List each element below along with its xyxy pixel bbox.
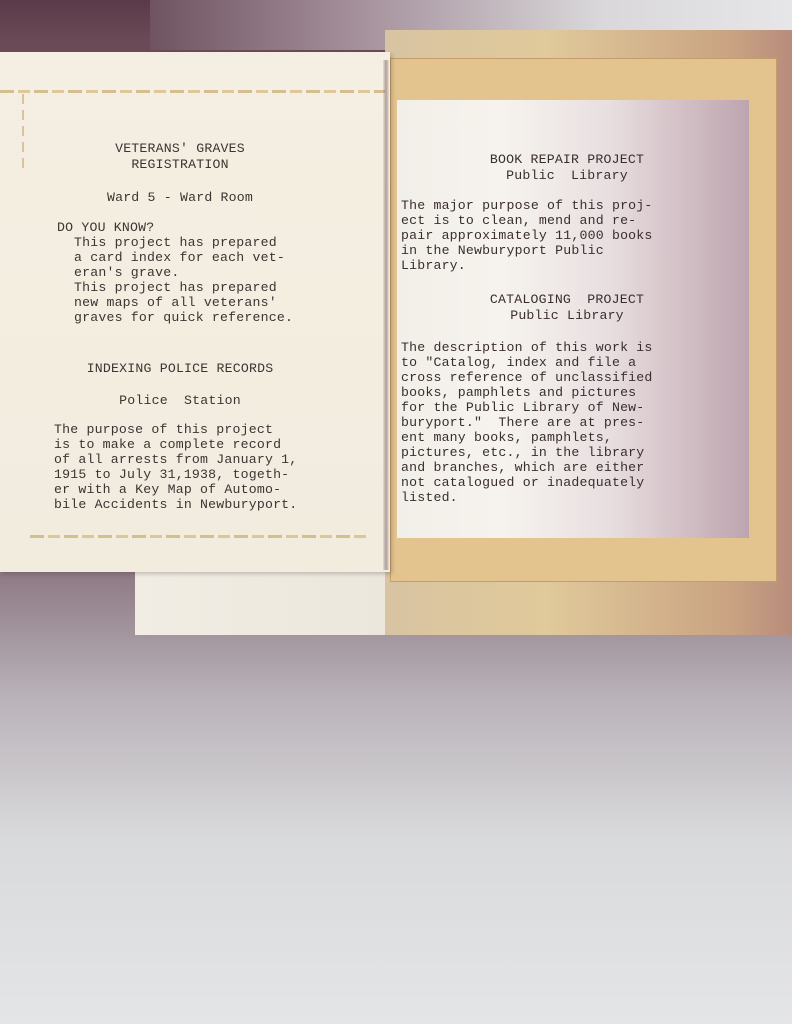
body-line: eran's grave. <box>74 265 179 281</box>
body-line: Library. <box>401 258 466 274</box>
body-line: books, pamphlets and pictures <box>401 385 636 401</box>
body-line: ect is to clean, mend and re- <box>401 213 636 229</box>
staple-stain-top <box>0 90 385 93</box>
police-location: Police Station <box>0 393 360 409</box>
veterans-location: Ward 5 - Ward Room <box>0 190 360 206</box>
body-line: The major purpose of this proj- <box>401 198 653 214</box>
body-line: listed. <box>401 490 458 506</box>
body-line: The purpose of this project <box>54 422 273 438</box>
body-line: a card index for each vet- <box>74 250 285 266</box>
body-line: This project has prepared <box>74 235 277 251</box>
body-line: of all arrests from January 1, <box>54 452 297 468</box>
body-line: This project has prepared <box>74 280 277 296</box>
body-line: graves for quick reference. <box>74 310 293 326</box>
cataloging-title: CATALOGING PROJECT <box>397 292 737 308</box>
veterans-title-line2: REGISTRATION <box>0 157 360 173</box>
body-line: not catalogued or inadequately <box>401 475 644 491</box>
veterans-prompt: DO YOU KNOW? <box>57 220 154 236</box>
body-line: bile Accidents in Newburyport. <box>54 497 297 513</box>
body-line: ent many books, pamphlets, <box>401 430 612 446</box>
right-page: BOOK REPAIR PROJECT Public Library The m… <box>397 100 749 538</box>
body-line: new maps of all veterans' <box>74 295 277 311</box>
body-line: cross reference of unclassified <box>401 370 653 386</box>
police-title: INDEXING POLICE RECORDS <box>0 361 360 377</box>
body-line: and branches, which are either <box>401 460 644 476</box>
body-line: for the Public Library of New- <box>401 400 644 416</box>
body-line: in the Newburyport Public <box>401 243 604 259</box>
book-repair-title: BOOK REPAIR PROJECT <box>397 152 737 168</box>
body-line: buryport." There are at pres- <box>401 415 644 431</box>
body-line: 1915 to July 31,1938, togeth- <box>54 467 289 483</box>
body-line: pictures, etc., in the library <box>401 445 644 461</box>
body-line: is to make a complete record <box>54 437 281 453</box>
body-line: The description of this work is <box>401 340 653 356</box>
page-fold <box>383 60 389 570</box>
body-line: pair approximately 11,000 books <box>401 228 653 244</box>
cataloging-location: Public Library <box>397 308 737 324</box>
veterans-title-line1: VETERANS' GRAVES <box>0 141 360 157</box>
left-page: VETERANS' GRAVES REGISTRATION Ward 5 - W… <box>0 52 390 572</box>
body-line: to "Catalog, index and file a <box>401 355 636 371</box>
staple-stain-bottom <box>30 535 370 538</box>
body-line: er with a Key Map of Automo- <box>54 482 281 498</box>
book-repair-location: Public Library <box>397 168 737 184</box>
